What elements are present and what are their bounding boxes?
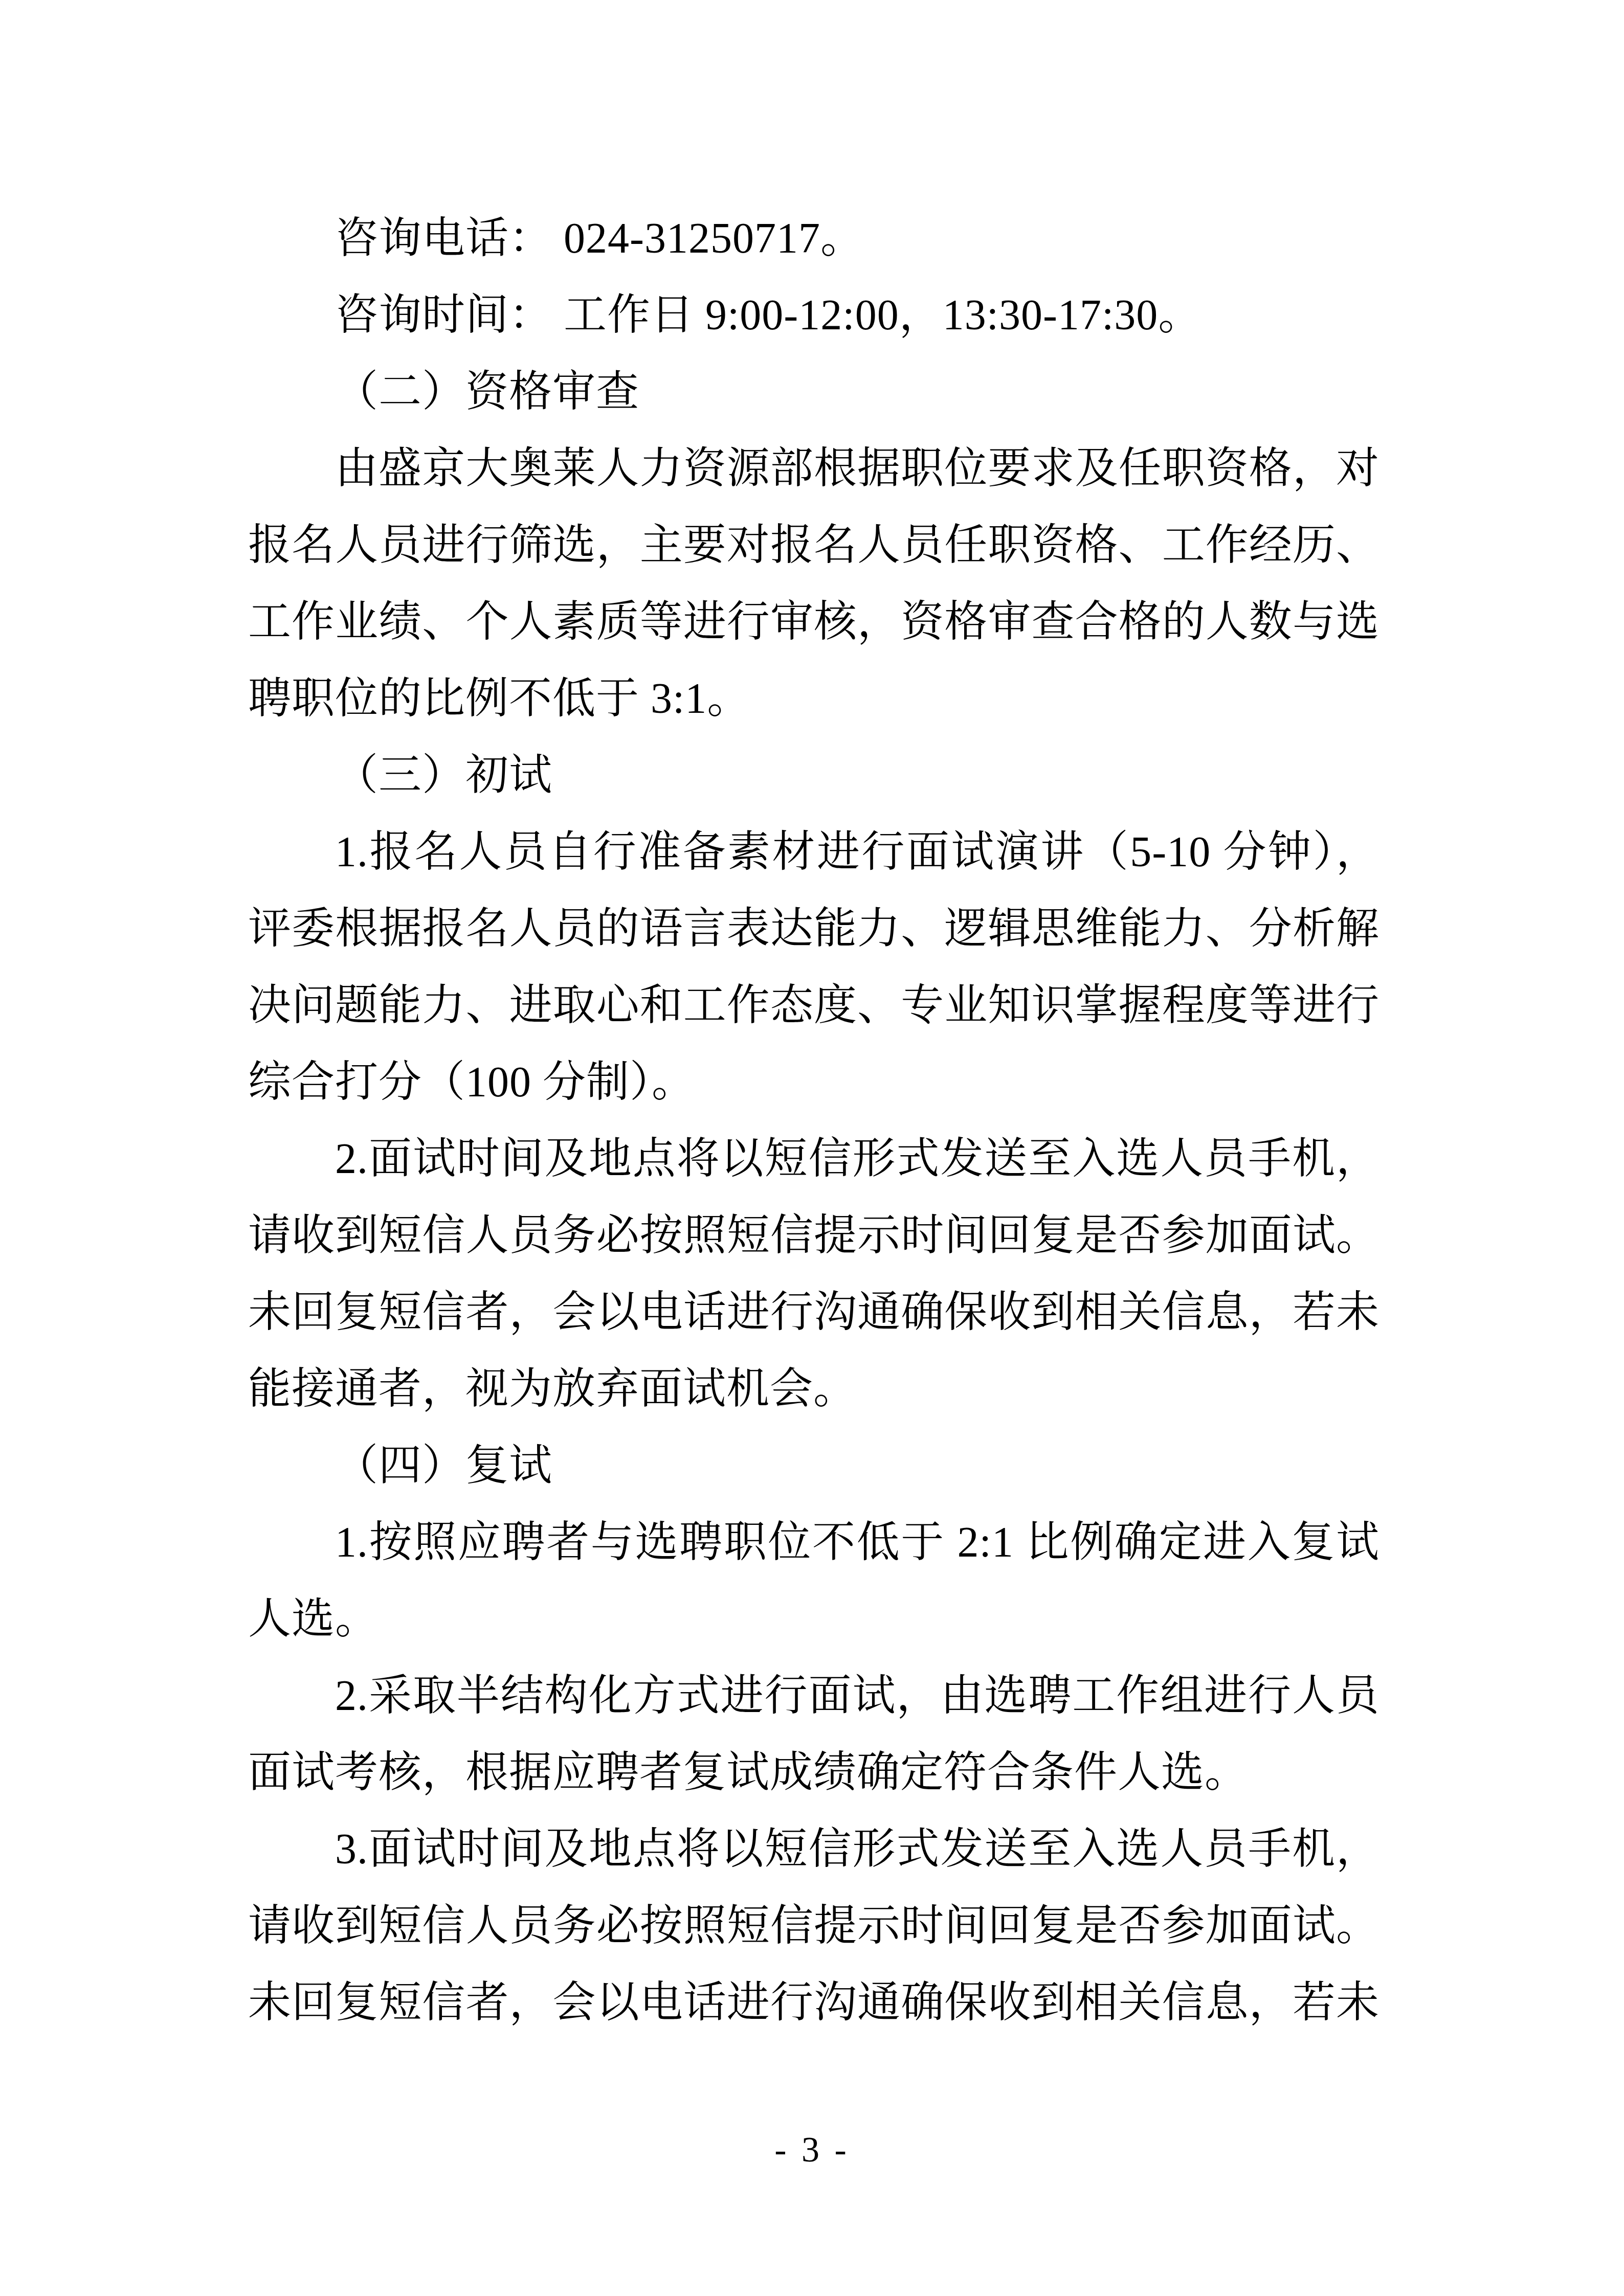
paragraph-line: 未回复短信者，会以电话进行沟通确保收到相关信息，若未	[248, 1965, 1380, 2041]
section-heading-3: （三）初试	[248, 737, 1380, 814]
paragraph-line: 工作业绩、个人素质等进行审核，资格审查合格的人数与选	[248, 584, 1380, 661]
paragraph-line: 综合打分（100 分制）。	[248, 1044, 1380, 1121]
paragraph-line: 聘职位的比例不低于 3:1。	[248, 661, 1380, 737]
paragraph-line: 评委根据报名人员的语言表达能力、逻辑思维能力、分析解	[248, 891, 1380, 967]
paragraph-line: 未回复短信者，会以电话进行沟通确保收到相关信息，若未	[248, 1274, 1380, 1351]
paragraph-line: 决问题能力、进取心和工作态度、专业知识掌握程度等进行	[248, 967, 1380, 1044]
paragraph-line: 请收到短信人员务必按照短信提示时间回复是否参加面试。	[248, 1198, 1380, 1274]
contact-phone-line: 咨询电话： 024-31250717。	[248, 200, 1380, 277]
paragraph-line: 人选。	[248, 1581, 1380, 1658]
document-page: 咨询电话： 024-31250717。 咨询时间： 工作日 9:00-12:00…	[0, 0, 1624, 2296]
paragraph-line: 3.面试时间及地点将以短信形式发送至入选人员手机，	[248, 1811, 1380, 1888]
paragraph-line: 面试考核，根据应聘者复试成绩确定符合条件人选。	[248, 1735, 1380, 1811]
page-number: - 3 -	[0, 2120, 1624, 2181]
section-heading-4: （四）复试	[248, 1428, 1380, 1504]
paragraph-line: 报名人员进行筛选，主要对报名人员任职资格、工作经历、	[248, 507, 1380, 584]
section-heading-2: （二）资格审查	[248, 354, 1380, 431]
document-body: 咨询电话： 024-31250717。 咨询时间： 工作日 9:00-12:00…	[248, 200, 1380, 2041]
paragraph-line: 请收到短信人员务必按照短信提示时间回复是否参加面试。	[248, 1888, 1380, 1965]
paragraph-line: 1.报名人员自行准备素材进行面试演讲（5-10 分钟），	[248, 814, 1380, 891]
paragraph-line: 能接通者，视为放弃面试机会。	[248, 1351, 1380, 1428]
paragraph-line: 由盛京大奥莱人力资源部根据职位要求及任职资格，对	[248, 431, 1380, 507]
paragraph-line: 2.面试时间及地点将以短信形式发送至入选人员手机，	[248, 1121, 1380, 1198]
paragraph-line: 2.采取半结构化方式进行面试，由选聘工作组进行人员	[248, 1658, 1380, 1735]
paragraph-line: 1.按照应聘者与选聘职位不低于 2:1 比例确定进入复试	[248, 1504, 1380, 1581]
contact-time-line: 咨询时间： 工作日 9:00-12:00，13:30-17:30。	[248, 277, 1380, 354]
